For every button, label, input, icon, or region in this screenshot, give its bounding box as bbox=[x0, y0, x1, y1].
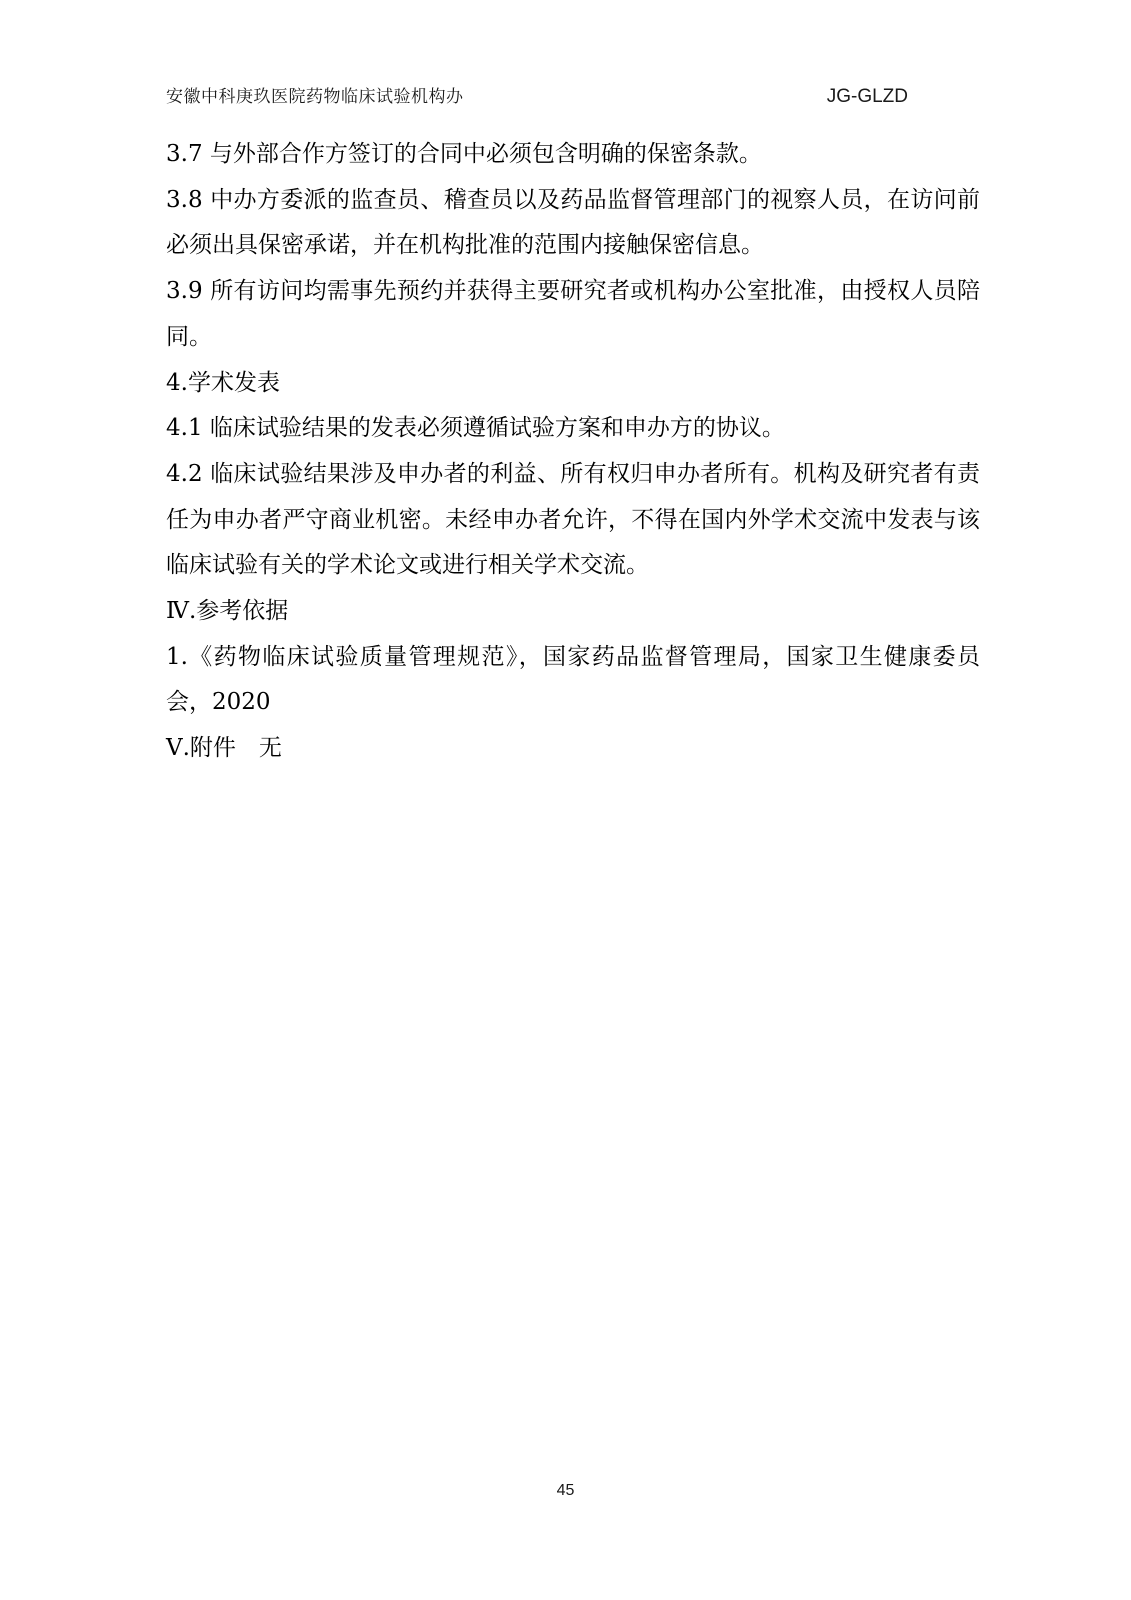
heading-4: 4.学术发表 bbox=[166, 361, 980, 407]
paragraph-3-8: 3.8 中办方委派的监查员、稽查员以及药品监督管理部门的视察人员，在访问前必须出… bbox=[166, 178, 980, 269]
header-doc-code: JG-GLZD bbox=[827, 86, 908, 108]
page-header: 安徽中科庚玖医院药物临床试验机构办 JG-GLZD bbox=[166, 82, 908, 108]
page-number: 45 bbox=[557, 1482, 575, 1499]
paragraph-reference-1: 1.《药物临床试验质量管理规范》，国家药品监督管理局，国家卫生健康委员会，202… bbox=[166, 635, 980, 726]
paragraph-4-1: 4.1 临床试验结果的发表必须遵循试验方案和申办方的协议。 bbox=[166, 406, 980, 452]
document-page: 安徽中科庚玖医院药物临床试验机构办 JG-GLZD 3.7 与外部合作方签订的合… bbox=[0, 0, 1131, 1600]
heading-iv-references: Ⅳ.参考依据 bbox=[166, 589, 980, 635]
paragraph-3-7: 3.7 与外部合作方签订的合同中必须包含明确的保密条款。 bbox=[166, 132, 980, 178]
header-org-name: 安徽中科庚玖医院药物临床试验机构办 bbox=[166, 82, 464, 107]
heading-v-attachments: Ⅴ.附件 无 bbox=[166, 726, 980, 772]
paragraph-3-9: 3.9 所有访问均需事先预约并获得主要研究者或机构办公室批准，由授权人员陪同。 bbox=[166, 269, 980, 360]
document-body: 3.7 与外部合作方签订的合同中必须包含明确的保密条款。 3.8 中办方委派的监… bbox=[166, 132, 980, 772]
paragraph-4-2: 4.2 临床试验结果涉及申办者的利益、所有权归申办者所有。机构及研究者有责任为申… bbox=[166, 452, 980, 589]
page-footer: 45 bbox=[0, 1482, 1131, 1500]
